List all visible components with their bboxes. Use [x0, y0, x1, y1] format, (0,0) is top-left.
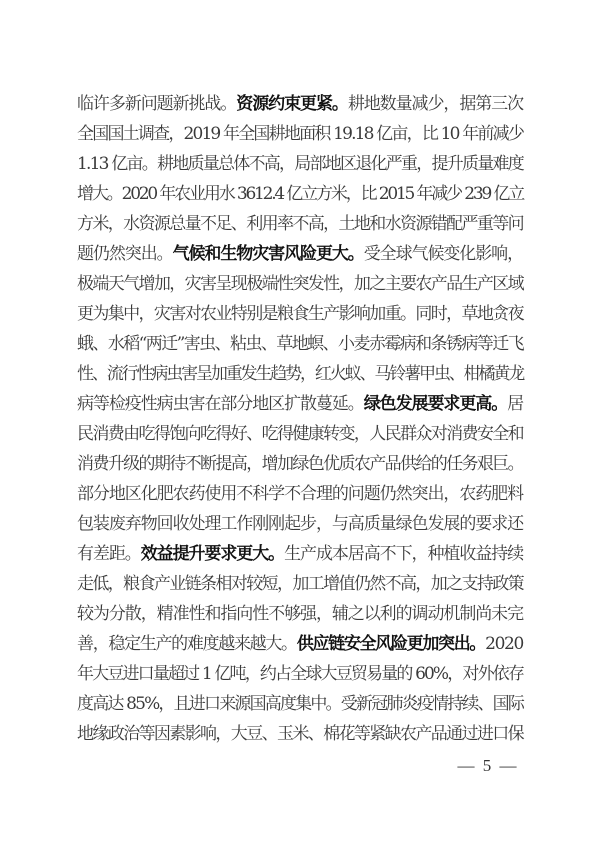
text-line: 1.13 亿亩。耕地质量总体不高，局部地区退化严重，提升质量难度	[77, 149, 523, 179]
body-text-run: 蛾、水稻“两迁”害虫、粘虫、草地螟、小麦赤霉病和条锈病等迁飞	[77, 334, 523, 354]
text-line: 增大。2020 年农业用水 3612.4 亿立方米，比 2015 年减少 239…	[77, 179, 523, 209]
body-text-run: 题仍然突出。	[77, 244, 173, 264]
text-line: 临许多新问题新挑战。资源约束更紧。耕地数量减少，据第三次	[77, 89, 523, 119]
text-line: 较为分散，精准性和指向性不够强，辅之以利的调动机制尚未完	[77, 599, 523, 629]
body-text-run: 极端天气增加，灾害呈现极端性突发性，加之主要农产品生产区域	[77, 274, 523, 294]
bold-heading-phrase: 效益提升要求更大。	[141, 544, 284, 564]
body-text-run: 性、流行性病虫害呈加重发生趋势，红火蚁、马铃薯甲虫、柑橘黄龙	[77, 364, 523, 384]
document-page: 临许多新问题新挑战。资源约束更紧。耕地数量减少，据第三次全国国土调查，2019 …	[0, 0, 600, 848]
text-line: 方米，水资源总量不足、利用率不高，土地和水资源错配严重等问	[77, 209, 523, 239]
body-text-run: 部分地区化肥农药使用不科学不合理的问题仍然突出，农药肥料	[77, 484, 523, 504]
body-text-run: 包装废弃物回收处理工作刚刚起步，与高质量绿色发展的要求还	[77, 514, 523, 534]
body-text-run: 较为分散，精准性和指向性不够强，辅之以利的调动机制尚未完	[77, 604, 523, 624]
body-text-run: 更为集中，灾害对农业特别是粮食生产影响加重。同时，草地贪夜	[77, 304, 523, 324]
body-text-run: 全国国土调查，2019 年全国耕地面积 19.18 亿亩，比 10 年前减少	[77, 124, 523, 144]
text-line: 善，稳定生产的难度越来越大。供应链安全风险更加突出。2020	[77, 629, 523, 659]
text-line: 包装废弃物回收处理工作刚刚起步，与高质量绿色发展的要求还	[77, 509, 523, 539]
text-line: 性、流行性病虫害呈加重发生趋势，红火蚁、马铃薯甲虫、柑橘黄龙	[77, 359, 523, 389]
body-text-run: 病等检疫性病虫害在部分地区扩散蔓延。	[77, 394, 364, 414]
text-line: 题仍然突出。气候和生物灾害风险更大。受全球气候变化影响，	[77, 239, 523, 269]
body-text-run: 民消费由吃得饱向吃得好、吃得健康转变，人民群众对消费安全和	[77, 424, 523, 444]
body-text-run: 居	[507, 394, 523, 414]
body-text-run: 消费升级的期待不断提高，增加绿色优质农产品供给的任务艰巨。	[77, 454, 523, 474]
page-number: — 5 —	[456, 756, 520, 776]
bold-heading-phrase: 资源约束更紧。	[236, 94, 348, 114]
body-text-run: 增大。2020 年农业用水 3612.4 亿立方米，比 2015 年减少 239…	[77, 184, 523, 204]
text-line: 更为集中，灾害对农业特别是粮食生产影响加重。同时，草地贪夜	[77, 299, 523, 329]
body-text-run: 有差距。	[77, 544, 141, 564]
body-paragraph: 临许多新问题新挑战。资源约束更紧。耕地数量减少，据第三次全国国土调查，2019 …	[77, 89, 523, 749]
body-text-run: 地缘政治等因素影响，大豆、玉米、棉花等紧缺农产品通过进口保	[77, 724, 523, 744]
text-line: 度高达 85%，且进口来源国高度集中。受新冠肺炎疫情持续、国际	[77, 689, 523, 719]
body-text-run: 1.13 亿亩。耕地质量总体不高，局部地区退化严重，提升质量难度	[77, 154, 523, 174]
text-line: 部分地区化肥农药使用不科学不合理的问题仍然突出，农药肥料	[77, 479, 523, 509]
body-text-run: 方米，水资源总量不足、利用率不高，土地和水资源错配严重等问	[77, 214, 523, 234]
bold-heading-phrase: 气候和生物灾害风险更大。	[173, 244, 364, 264]
body-text-run: 受全球气候变化影响，	[364, 244, 523, 264]
body-text-run: 2020	[485, 634, 523, 654]
text-line: 走低，粮食产业链条相对较短，加工增值仍然不高，加之支持政策	[77, 569, 523, 599]
text-line: 消费升级的期待不断提高，增加绿色优质农产品供给的任务艰巨。	[77, 449, 523, 479]
bold-heading-phrase: 绿色发展要求更高。	[364, 394, 507, 414]
text-line: 年大豆进口量超过 1 亿吨，约占全球大豆贸易量的 60%，对外依存	[77, 659, 523, 689]
text-line: 有差距。效益提升要求更大。生产成本居高不下，种植收益持续	[77, 539, 523, 569]
body-text-run: 度高达 85%，且进口来源国高度集中。受新冠肺炎疫情持续、国际	[77, 694, 523, 714]
text-line: 地缘政治等因素影响，大豆、玉米、棉花等紧缺农产品通过进口保	[77, 719, 523, 749]
text-line: 极端天气增加，灾害呈现极端性突发性，加之主要农产品生产区域	[77, 269, 523, 299]
text-line: 民消费由吃得饱向吃得好、吃得健康转变，人民群众对消费安全和	[77, 419, 523, 449]
text-line: 病等检疫性病虫害在部分地区扩散蔓延。绿色发展要求更高。居	[77, 389, 523, 419]
bold-heading-phrase: 供应链安全风险更加突出。	[297, 634, 485, 654]
body-text-run: 年大豆进口量超过 1 亿吨，约占全球大豆贸易量的 60%，对外依存	[77, 664, 523, 684]
text-line: 蛾、水稻“两迁”害虫、粘虫、草地螟、小麦赤霉病和条锈病等迁飞	[77, 329, 523, 359]
body-text-run: 善，稳定生产的难度越来越大。	[77, 634, 297, 654]
body-text-run: 耕地数量减少，据第三次	[348, 94, 523, 114]
body-text-run: 走低，粮食产业链条相对较短，加工增值仍然不高，加之支持政策	[77, 574, 523, 594]
body-text-run: 生产成本居高不下，种植收益持续	[284, 544, 523, 564]
body-text-run: 临许多新问题新挑战。	[77, 94, 236, 114]
text-line: 全国国土调查，2019 年全国耕地面积 19.18 亿亩，比 10 年前减少	[77, 119, 523, 149]
